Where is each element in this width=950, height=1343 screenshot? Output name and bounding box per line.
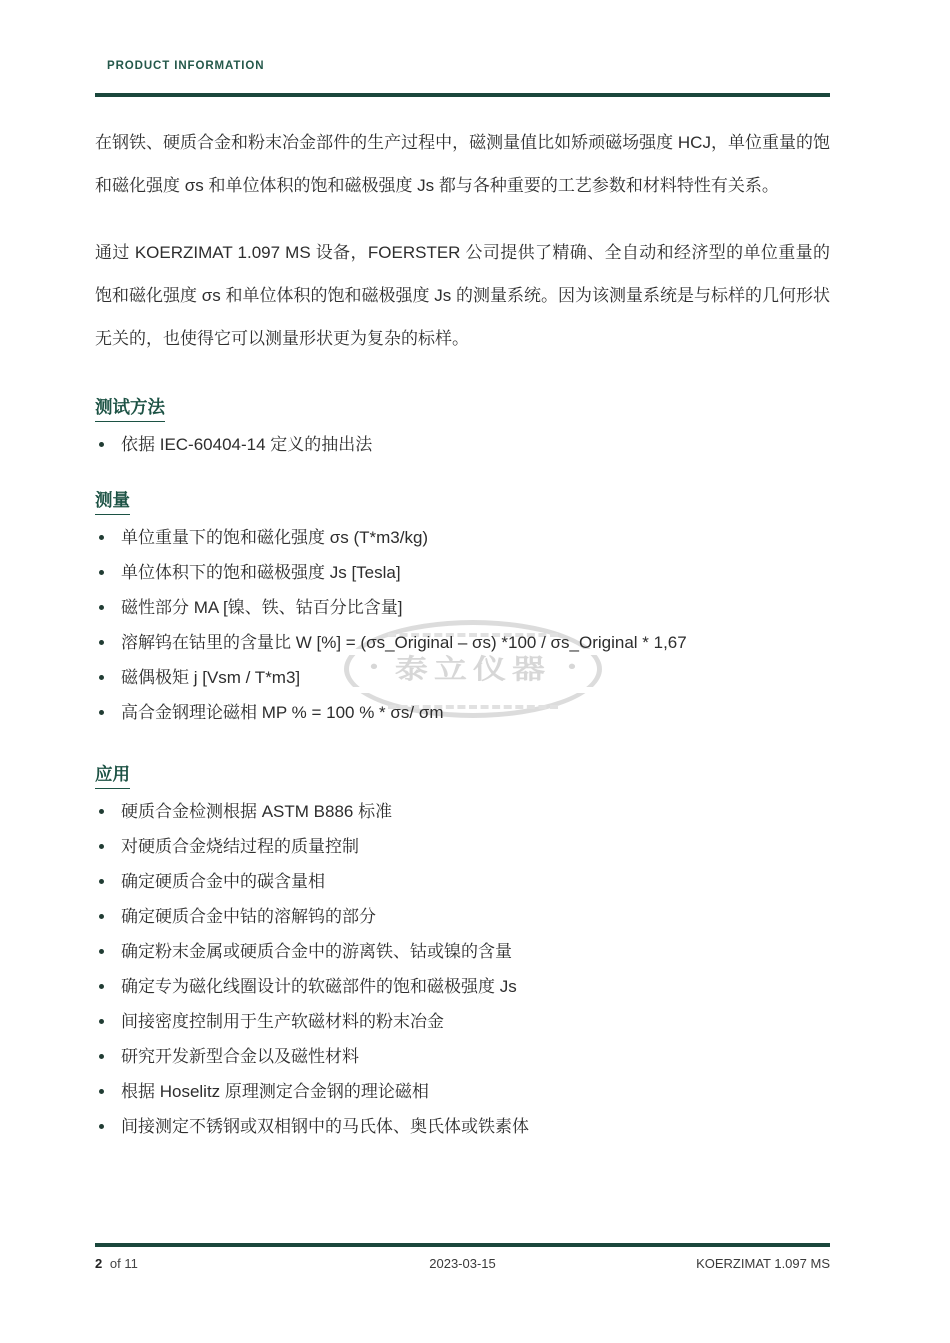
list-item: 磁偶极矩 j [Vsm / T*m3] [95, 665, 830, 690]
document-type-label: PRODUCT INFORMATION [95, 60, 830, 72]
list-item-text: 间接测定不锈钢或双相钢中的马氏体、奥氏体或铁素体 [121, 1114, 529, 1139]
list-item-text: 确定专为磁化线圈设计的软磁部件的饱和磁极强度 Js [121, 974, 517, 999]
section-heading-application: 应用 [95, 761, 830, 789]
list-item-text: 溶解钨在钴里的含量比 W [%] = (σs_Original – σs) *1… [121, 630, 687, 655]
footer-page-indicator: 2 of 11 [95, 1256, 340, 1271]
list-item-text: 确定硬质合金中的碳含量相 [121, 869, 325, 894]
footer-date: 2023-03-15 [340, 1256, 585, 1271]
bullet-dot [99, 879, 104, 884]
bullet-dot [99, 570, 104, 575]
bullet-dot [99, 1054, 104, 1059]
document-page: • 泰立仪器 • PRODUCT INFORMATION 在钢铁、硬质合金和粉末… [0, 0, 950, 1343]
list-item-text: 间接密度控制用于生产软磁材料的粉末冶金 [121, 1009, 444, 1034]
measurement-list: 单位重量下的饱和磁化强度 σs (T*m3/kg) 单位体积下的饱和磁极强度 J… [95, 525, 830, 725]
list-item-text: 磁性部分 MA [镍、铁、钴百分比含量] [121, 595, 402, 620]
bullet-dot [99, 1124, 104, 1129]
list-item-text: 依据 IEC-60404-14 定义的抽出法 [121, 432, 372, 457]
list-item-text: 高合金钢理论磁相 MP % = 100 % * σs/ σm [121, 700, 444, 725]
list-item: 确定专为磁化线圈设计的软磁部件的饱和磁极强度 Js [95, 974, 830, 999]
list-item: 磁性部分 MA [镍、铁、钴百分比含量] [95, 595, 830, 620]
bullet-dot [99, 809, 104, 814]
list-item: 硬质合金检测根据 ASTM B886 标准 [95, 799, 830, 824]
footer-product-name: KOERZIMAT 1.097 MS [585, 1256, 830, 1271]
footer-page-suffix: of 11 [110, 1256, 138, 1271]
list-item-text: 对硬质合金烧结过程的质量控制 [121, 834, 359, 859]
list-item: 研究开发新型合金以及磁性材料 [95, 1044, 830, 1069]
list-item-text: 磁偶极矩 j [Vsm / T*m3] [121, 665, 300, 690]
intro-paragraph-1: 在钢铁、硬质合金和粉末冶金部件的生产过程中，磁测量值比如矫顽磁场强度 HCJ，单… [95, 121, 830, 207]
list-item: 间接测定不锈钢或双相钢中的马氏体、奥氏体或铁素体 [95, 1114, 830, 1139]
list-item-text: 硬质合金检测根据 ASTM B886 标准 [121, 799, 392, 824]
header-rule [95, 93, 830, 97]
list-item: 对硬质合金烧结过程的质量控制 [95, 834, 830, 859]
footer-rule [95, 1243, 830, 1247]
bullet-dot [99, 640, 104, 645]
bullet-dot [99, 949, 104, 954]
bullet-dot [99, 1089, 104, 1094]
test-method-list: 依据 IEC-60404-14 定义的抽出法 [95, 432, 830, 457]
list-item: 间接密度控制用于生产软磁材料的粉末冶金 [95, 1009, 830, 1034]
bullet-dot [99, 914, 104, 919]
list-item: 确定硬质合金中的碳含量相 [95, 869, 830, 894]
footer-row: 2 of 11 2023-03-15 KOERZIMAT 1.097 MS [95, 1256, 830, 1271]
list-item: 根据 Hoselitz 原理测定合金钢的理论磁相 [95, 1079, 830, 1104]
section-heading-measurement: 测量 [95, 487, 830, 515]
intro-paragraph-2: 通过 KOERZIMAT 1.097 MS 设备，FOERSTER 公司提供了精… [95, 231, 830, 360]
list-item-text: 确定硬质合金中钴的溶解钨的部分 [121, 904, 376, 929]
section-heading-test-method: 测试方法 [95, 394, 830, 422]
list-item: 高合金钢理论磁相 MP % = 100 % * σs/ σm [95, 700, 830, 725]
bullet-dot [99, 535, 104, 540]
page-footer: 2 of 11 2023-03-15 KOERZIMAT 1.097 MS [95, 1243, 830, 1271]
bullet-dot [99, 844, 104, 849]
list-item: 依据 IEC-60404-14 定义的抽出法 [95, 432, 830, 457]
list-item: 单位体积下的饱和磁极强度 Js [Tesla] [95, 560, 830, 585]
bullet-dot [99, 710, 104, 715]
list-item-text: 确定粉末金属或硬质合金中的游离铁、钴或镍的含量 [121, 939, 512, 964]
bullet-dot [99, 605, 104, 610]
list-item-text: 单位重量下的饱和磁化强度 σs (T*m3/kg) [121, 525, 428, 550]
list-item: 单位重量下的饱和磁化强度 σs (T*m3/kg) [95, 525, 830, 550]
list-item-text: 根据 Hoselitz 原理测定合金钢的理论磁相 [121, 1079, 429, 1104]
footer-page-number: 2 [95, 1256, 102, 1271]
list-item: 确定粉末金属或硬质合金中的游离铁、钴或镍的含量 [95, 939, 830, 964]
list-item-text: 单位体积下的饱和磁极强度 Js [Tesla] [121, 560, 401, 585]
application-list: 硬质合金检测根据 ASTM B886 标准 对硬质合金烧结过程的质量控制 确定硬… [95, 799, 830, 1139]
list-item-text: 研究开发新型合金以及磁性材料 [121, 1044, 359, 1069]
list-item: 确定硬质合金中钴的溶解钨的部分 [95, 904, 830, 929]
bullet-dot [99, 675, 104, 680]
list-item: 溶解钨在钴里的含量比 W [%] = (σs_Original – σs) *1… [95, 630, 830, 655]
bullet-dot [99, 1019, 104, 1024]
bullet-dot [99, 442, 104, 447]
document-content: PRODUCT INFORMATION 在钢铁、硬质合金和粉末冶金部件的生产过程… [95, 0, 830, 1139]
bullet-dot [99, 984, 104, 989]
